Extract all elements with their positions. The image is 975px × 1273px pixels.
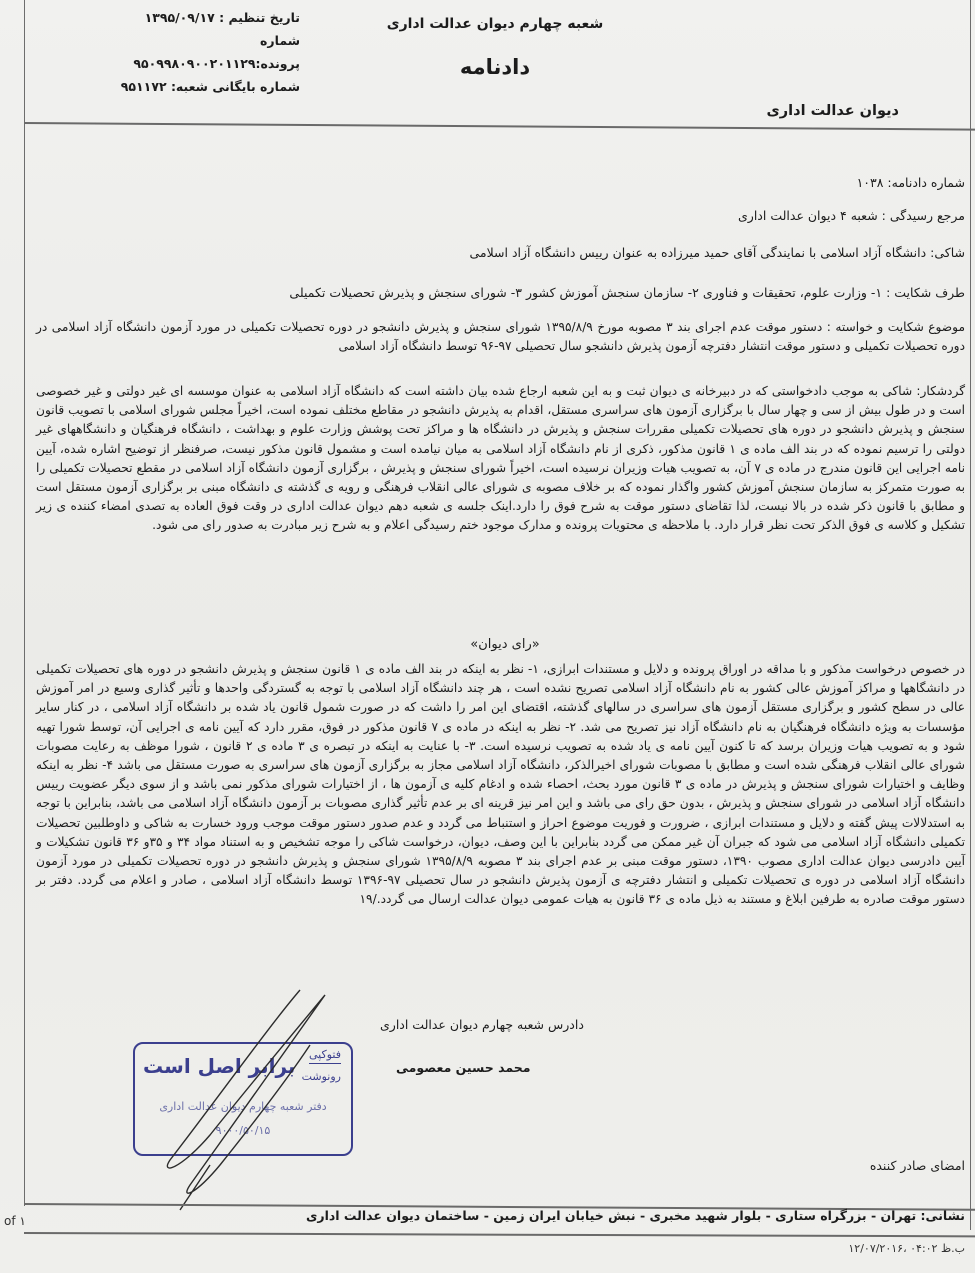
footer-divider-bottom bbox=[24, 1232, 975, 1237]
page-marker: of ۱ bbox=[4, 1214, 26, 1228]
stamp-photocopy-label: فتوکپی bbox=[309, 1048, 341, 1064]
complaint-subject: موضوع شکایت و خواسته : دستور موقت عدم اج… bbox=[36, 318, 965, 356]
judge-name: محمد حسین معصومی bbox=[396, 1060, 530, 1075]
ruling-title: «رای دیوان» bbox=[430, 637, 580, 652]
stamp-copy-label: رونوشت bbox=[302, 1070, 341, 1083]
document-page: تاریخ تنظیم : ۱۳۹۵/۰۹/۱۷ شماره پرونده:۹۵… bbox=[0, 0, 975, 1273]
court-address: نشانی: تهران - بزرگراه ستاری - بلوار شهی… bbox=[306, 1208, 965, 1223]
header-divider bbox=[24, 122, 975, 131]
branch-name: شعبه چهارم دیوان عدالت اداری bbox=[380, 16, 610, 32]
stamp-main-text: برابر اصل است bbox=[143, 1054, 295, 1078]
frame-left-border bbox=[24, 0, 25, 1206]
document-title: دادنامه bbox=[420, 55, 570, 79]
reviewing-authority: مرجع رسیدگی : شعبه ۴ دیوان عدالت اداری bbox=[738, 208, 965, 223]
case-number: شماره پرونده:۹۵۰۹۹۸۰۹۰۰۲۰۱۱۲۹ bbox=[100, 29, 300, 75]
ruling-text: در خصوص درخواست مذکور و با مداقه در اورا… bbox=[36, 660, 965, 910]
stamp-office-line: دفتر شعبه چهارم دیوان عدالت اداری bbox=[135, 1100, 351, 1113]
header-meta: تاریخ تنظیم : ۱۳۹۵/۰۹/۱۷ شماره پرونده:۹۵… bbox=[100, 6, 300, 98]
certified-copy-stamp: فتوکپی رونوشت برابر اصل است دفتر شعبه چه… bbox=[133, 1042, 353, 1156]
issue-date: تاریخ تنظیم : ۱۳۹۵/۰۹/۱۷ bbox=[100, 6, 300, 29]
stamp-number-line: ۹۰۰۰/۵۰/۱۵ bbox=[135, 1124, 351, 1137]
plaintiff: شاکی: دانشگاه آزاد اسلامی با نمایندگی آق… bbox=[469, 245, 965, 260]
print-timestamp: ب.ظ ۰۴:۰۲ ،۱۲/۰۷/۲۰۱۶ bbox=[848, 1242, 965, 1255]
case-narrative: گردشکار: شاکی به موجب دادخواستی که در دب… bbox=[36, 382, 965, 536]
issuer-signature-label: امضای صادر کننده bbox=[870, 1158, 965, 1173]
defendant: طرف شکایت : ۱- وزارت علوم، تحقیقات و فنا… bbox=[289, 285, 965, 300]
judge-role: دادرس شعبه چهارم دیوان عدالت اداری bbox=[380, 1017, 584, 1032]
archive-number: شماره بایگانی شعبه: ۹۵۱۱۷۲ bbox=[100, 75, 300, 98]
court-name: دیوان عدالت اداری bbox=[767, 103, 899, 119]
verdict-number: شماره دادنامه: ۱۰۳۸ bbox=[857, 175, 965, 190]
frame-right-border bbox=[970, 0, 971, 1230]
